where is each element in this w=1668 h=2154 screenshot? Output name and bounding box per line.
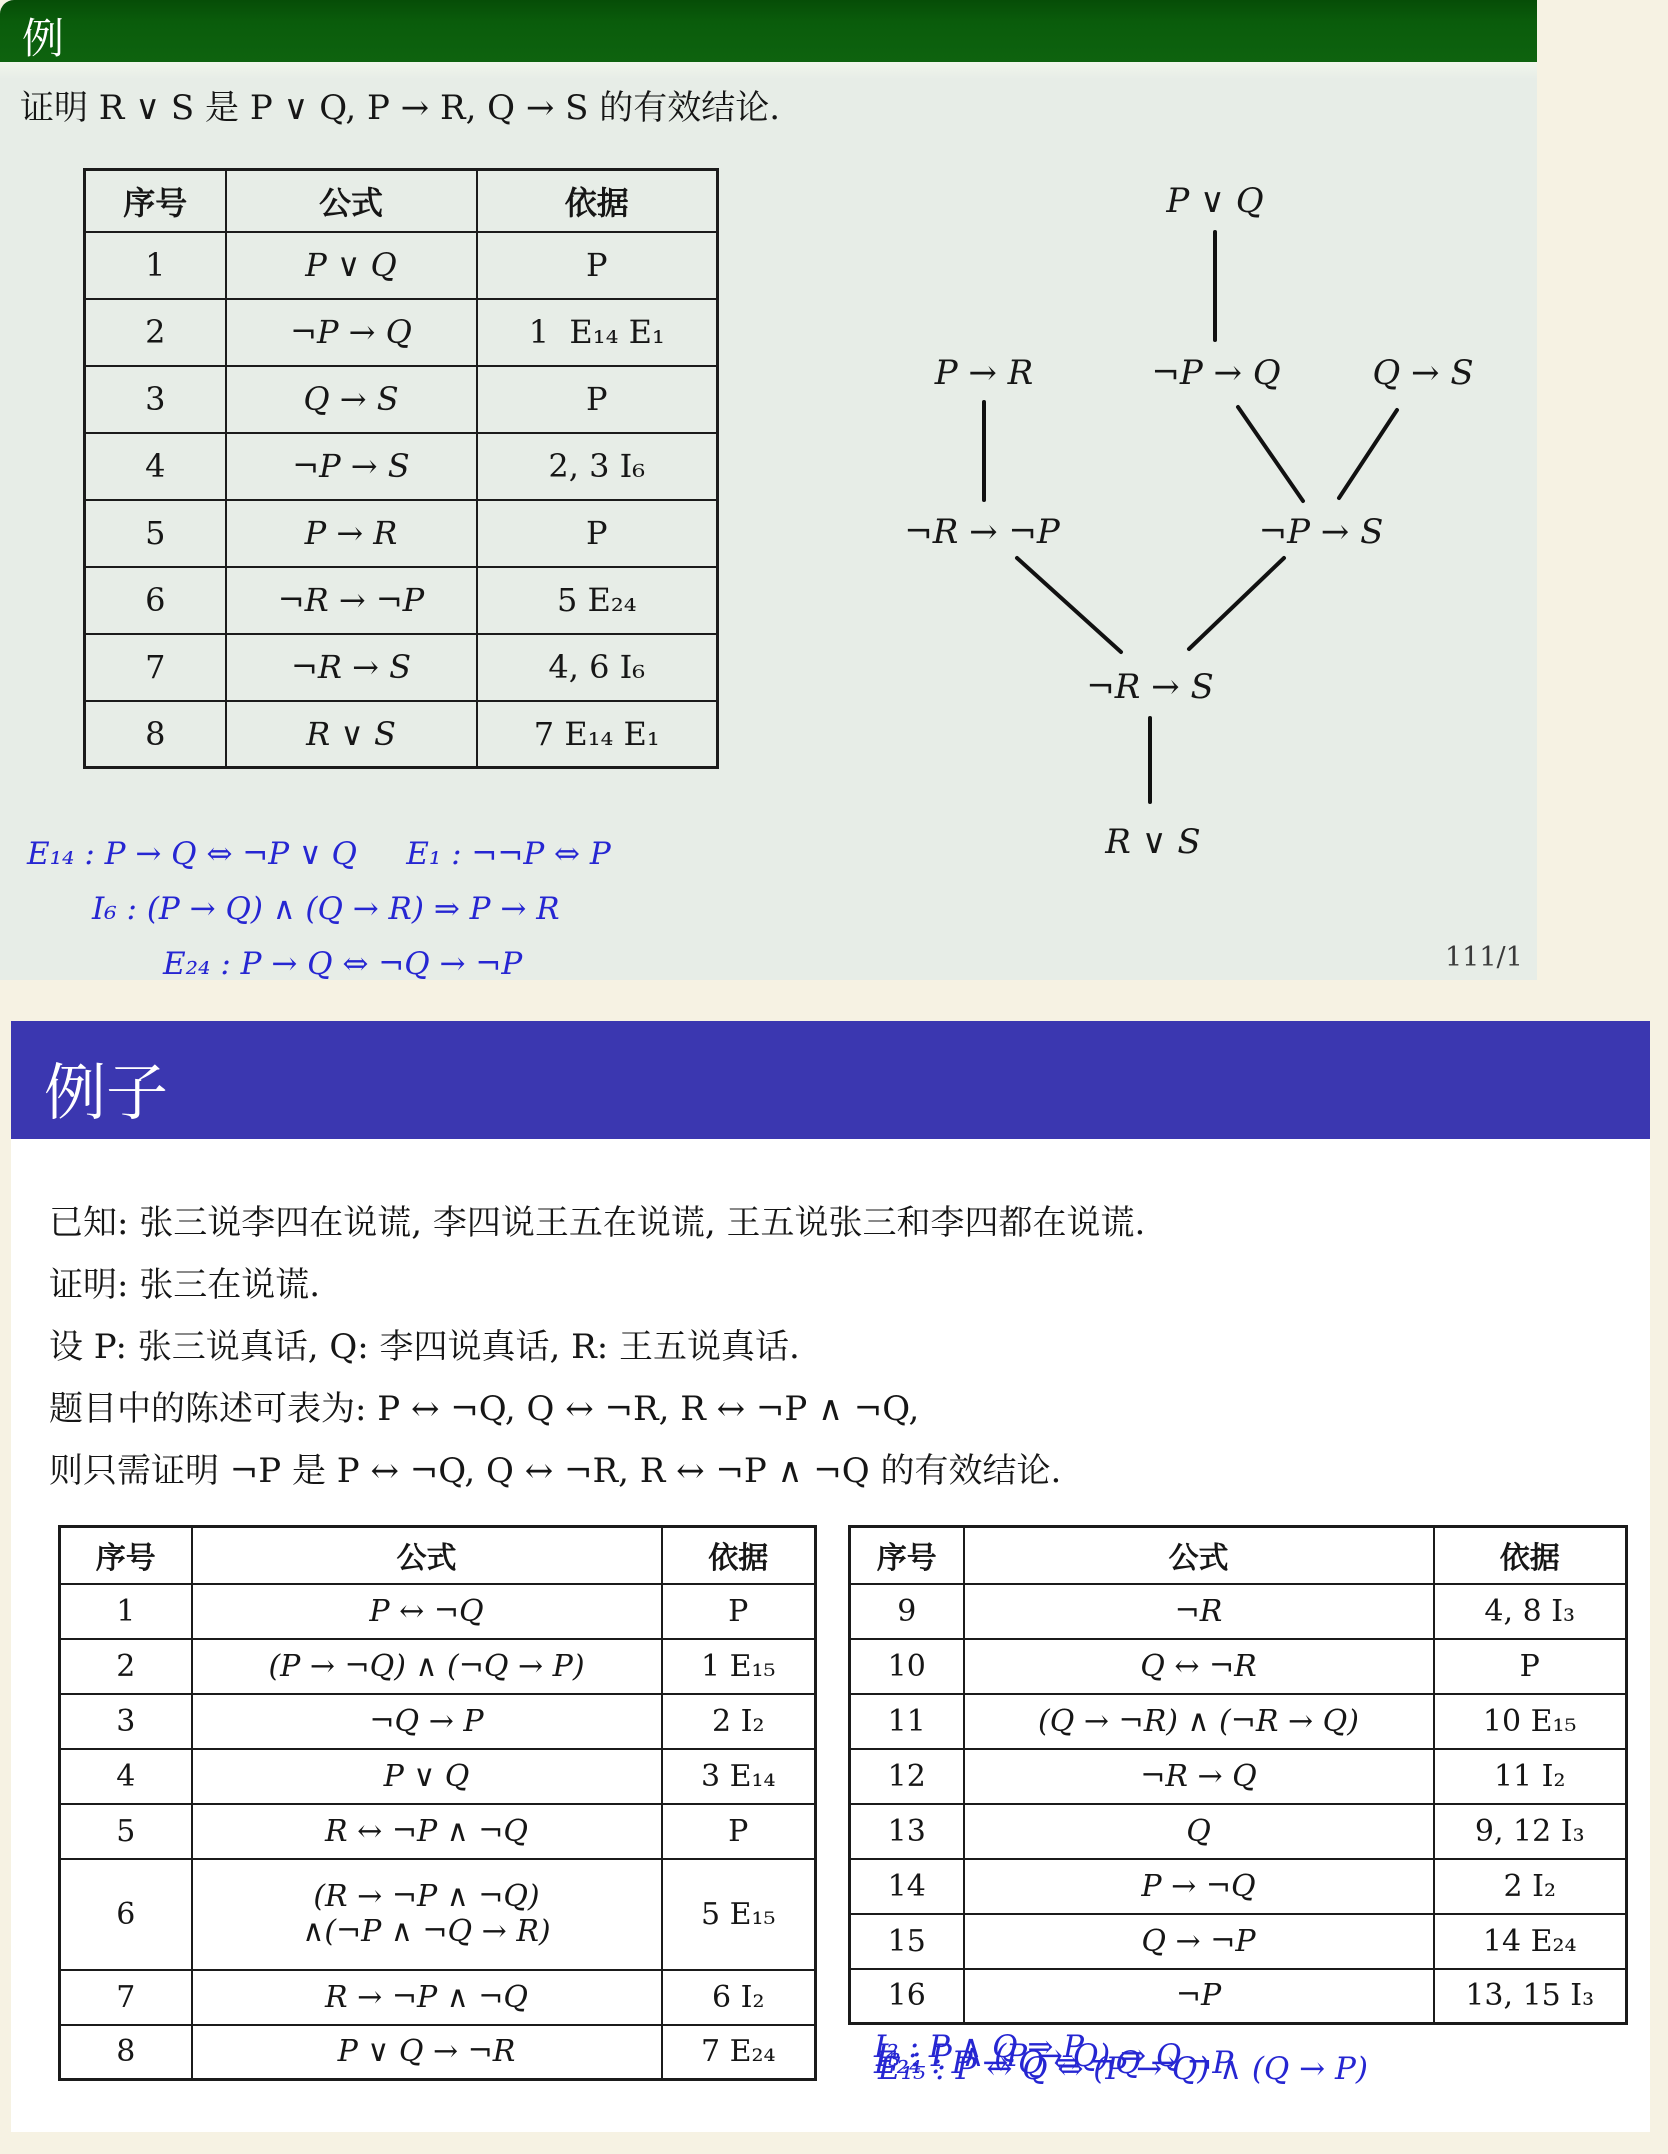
slide-1-header: 例 [0, 0, 1537, 62]
table-row: 2 (P → ¬Q) ∧ (¬Q → P) 1 E₁₅ [60, 1639, 816, 1694]
proof-table-left: 序号 公式 依据 1 P ↔ ¬Q P 2 (P → ¬Q) ∧ (¬Q → P… [58, 1525, 817, 2081]
garbled-rules-block: I₂ : P ∧ Q ⇒ P I₃ : P ∧ (P → Q) ⇒ Q E₂₄ … [874, 2029, 1534, 2119]
table-row: 1 P ∨ Q P [85, 232, 718, 299]
table-row: 14 P → ¬Q 2 I₂ [850, 1859, 1627, 1914]
table-row: 12 ¬R → Q 11 I₂ [850, 1749, 1627, 1804]
col-header-index: 序号 [85, 170, 226, 232]
table-row: 7 R → ¬P ∧ ¬Q 6 I₂ [60, 1970, 816, 2025]
body-line: 证明: 张三在说谎. [49, 1257, 1145, 1319]
body-line: 设 P: 张三说真话, Q: 李四说真话, R: 王五说真话. [49, 1319, 1145, 1381]
table-row: 1 P ↔ ¬Q P [60, 1584, 816, 1639]
table-row: 11 (Q → ¬R) ∧ (¬R → Q) 10 E₁₅ [850, 1694, 1627, 1749]
table-row: 4 P ∨ Q 3 E₁₄ [60, 1749, 816, 1804]
diagram-node: ¬P → S [1259, 512, 1384, 552]
slide-1-intro: 证明 R ∨ S 是 P ∨ Q, P → R, Q → S 的有效结论. [20, 80, 780, 129]
col-header-basis: 依据 [477, 170, 718, 232]
body-line: 则只需证明 ¬P 是 P ↔ ¬Q, Q ↔ ¬R, R ↔ ¬P ∧ ¬Q 的… [49, 1443, 1145, 1505]
body-line: 题目中的陈述可表为: P ↔ ¬Q, Q ↔ ¬R, R ↔ ¬P ∧ ¬Q, [49, 1381, 1145, 1443]
table-row: 3 Q → S P [85, 366, 718, 433]
table-row: 5 P → R P [85, 500, 718, 567]
table-row: 3 ¬Q → P 2 I₂ [60, 1694, 816, 1749]
rule-e14-e1: E₁₄ : P → Q ⇔ ¬P ∨ Q E₁ : ¬¬P ⇔ P [27, 836, 611, 872]
table-header-row: 序号 公式 依据 [60, 1527, 816, 1584]
table-row: 9 ¬R 4, 8 I₃ [850, 1584, 1627, 1639]
col-header-index: 序号 [60, 1527, 192, 1584]
diagram-node: Q → S [1372, 353, 1473, 393]
table-row: 13 Q 9, 12 I₃ [850, 1804, 1627, 1859]
col-header-formula: 公式 [226, 170, 477, 232]
table-row: 16 ¬P 13, 15 I₃ [850, 1969, 1627, 2024]
slide-1-title: 例 [22, 6, 64, 66]
diagram-node: P ∨ Q [1166, 181, 1263, 221]
page: 例 证明 R ∨ S 是 P ∨ Q, P → R, Q → S 的有效结论. … [0, 0, 1668, 2154]
slide-2-header: 例子 [11, 1021, 1650, 1139]
proof-table-1: 序号 公式 依据 1 P ∨ Q P 2 ¬P → Q 1 E₁₄ E₁ 3 Q… [83, 168, 719, 769]
table-row: 10 Q ↔ ¬R P [850, 1639, 1627, 1694]
slide-2: 例子 已知: 张三说李四在说谎, 李四说王五在说谎, 王五说张三和李四都在说谎.… [11, 1021, 1650, 2132]
col-header-basis: 依据 [1434, 1527, 1627, 1584]
table-row: 6 (R → ¬P ∧ ¬Q) ∧(¬P ∧ ¬Q → R) 5 E₁₅ [60, 1859, 816, 1970]
diagram-node: R ∨ S [1105, 822, 1200, 862]
table-row: 8 R ∨ S 7 E₁₄ E₁ [85, 701, 718, 768]
table-row: 6 ¬R → ¬P 5 E₂₄ [85, 567, 718, 634]
rule-i6: I₆ : (P → Q) ∧ (Q → R) ⇒ P → R [92, 891, 560, 927]
diagram-node: ¬P → Q [1151, 353, 1280, 393]
rule-e24: E₂₄ : P → Q ⇔ ¬Q → ¬P [163, 946, 522, 980]
table-row: 8 P ∨ Q → ¬R 7 E₂₄ [60, 2025, 816, 2080]
slide-1: 例 证明 R ∨ S 是 P ∨ Q, P → R, Q → S 的有效结论. … [0, 0, 1537, 980]
table-row: 4 ¬P → S 2, 3 I₆ [85, 433, 718, 500]
header-shadow [0, 62, 1537, 79]
derivation-diagram: P ∨ Q P → R ¬P → Q Q → S ¬R → ¬P ¬P → S … [850, 130, 1510, 890]
table-row: 15 Q → ¬P 14 E₂₄ [850, 1914, 1627, 1969]
table-header-row: 序号 公式 依据 [85, 170, 718, 232]
page-number: 111/1 [1445, 942, 1523, 973]
slide-2-body-text: 已知: 张三说李四在说谎, 李四说王五在说谎, 王五说张三和李四都在说谎. 证明… [49, 1195, 1145, 1505]
table-row: 5 R ↔ ¬P ∧ ¬Q P [60, 1804, 816, 1859]
col-header-index: 序号 [850, 1527, 964, 1584]
diagram-edges [850, 130, 1510, 890]
col-header-formula: 公式 [964, 1527, 1434, 1584]
diagram-node: P → R [935, 353, 1034, 393]
rule-e15: E₁₅ : P ↔ Q ⇔ (P → Q) ∧ (Q → P) [878, 2051, 1368, 2087]
slide-2-title: 例子 [44, 1043, 168, 1132]
table-row: 7 ¬R → S 4, 6 I₆ [85, 634, 718, 701]
table-header-row: 序号 公式 依据 [850, 1527, 1627, 1584]
col-header-basis: 依据 [662, 1527, 816, 1584]
diagram-node: ¬R → S [1086, 667, 1213, 707]
proof-table-right: 序号 公式 依据 9 ¬R 4, 8 I₃ 10 Q ↔ ¬R P 11 (Q … [848, 1525, 1628, 2025]
table-row: 2 ¬P → Q 1 E₁₄ E₁ [85, 299, 718, 366]
col-header-formula: 公式 [192, 1527, 662, 1584]
body-line: 已知: 张三说李四在说谎, 李四说王五在说谎, 王五说张三和李四都在说谎. [49, 1195, 1145, 1257]
diagram-node: ¬R → ¬P [904, 512, 1060, 552]
